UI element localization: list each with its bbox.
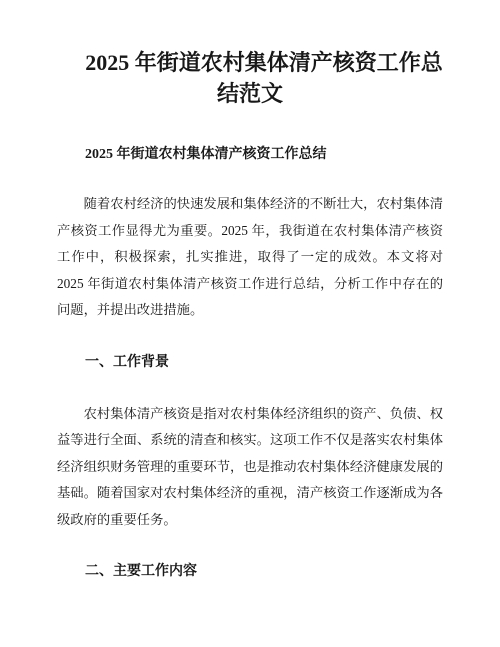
- document-subtitle: 2025 年街道农村集体清产核资工作总结: [57, 145, 443, 165]
- section-heading-main-work-content: 二、主要工作内容: [57, 562, 443, 582]
- document-title: 2025 年街道农村集体清产核资工作总结范文: [57, 47, 443, 109]
- document-page: 2025 年街道农村集体清产核资工作总结范文 2025 年街道农村集体清产核资工…: [0, 0, 500, 647]
- section-heading-work-background: 一、工作背景: [57, 353, 443, 373]
- intro-paragraph: 随着农村经济的快速发展和集体经济的不断壮大，农村集体清产核资工作显得尤为重要。2…: [57, 191, 443, 324]
- section-body-work-background: 农村集体清产核资是指对农村集体经济组织的资产、负债、权益等进行全面、系统的清查和…: [57, 401, 443, 534]
